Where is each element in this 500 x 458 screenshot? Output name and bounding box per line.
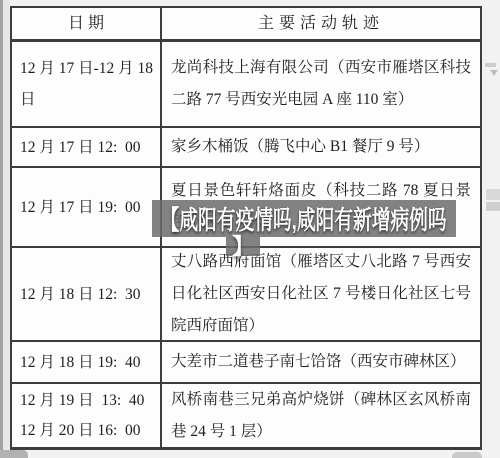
table-row: 12 月 19 日 13: 40 12 月 20 日 16: 00 风桥南巷三兄… [12,384,480,447]
table-row: 12 月 17 日 12: 00 家乡木桶饭（腾飞中心 B1 餐厅 9 号） [12,128,480,168]
header-activity: 主要活动轨迹 [162,8,480,39]
edge-mid-mark [486,202,500,211]
date-line: 12 月 18 日 19: 40 [20,347,160,378]
table-row: 12 月 18 日 19: 40 大差市二道巷子南七饸饹（西安市碑林区） [12,342,480,384]
date-line: 12 月 17 日-12 月 18 [20,53,160,84]
bottom-left-tab [0,450,28,458]
header-date: 日 期 [12,8,162,39]
date-line: 12 月 19 日 13: 40 [20,386,160,416]
date-line: 12 月 17 日 19: 00 [20,192,160,223]
activity-text: 龙尚科技上海有限公司（西安市雁塔区科技二路 77 号西安光电园 A 座 110 … [171,52,471,116]
page-background: 日 期 主要活动轨迹 12 月 17 日-12 月 18 日 龙尚科技上海有限公… [0,0,500,458]
date-cell: 12 月 18 日 12: 30 [12,248,162,340]
edge-mid-mark [486,189,500,200]
date-line: 12 月 20 日 16: 00 [20,416,160,446]
date-line: 12 月 17 日 12: 00 [20,132,160,163]
date-cell: 12 月 17 日 19: 00 [12,168,162,246]
watermark-closing-bracket: 】 [232,238,254,256]
date-cell: 12 月 17 日 12: 00 [12,128,162,166]
edge-dash-mark [485,63,496,67]
activity-text: 丈八路西府面馆（雁塔区丈八北路 7 号西安日化社区西安日化社区 7 号楼日化社区… [171,246,471,342]
date-cell: 12 月 17 日-12 月 18 日 [12,42,162,126]
date-line: 日 [20,84,160,115]
date-cell: 12 月 19 日 13: 40 12 月 20 日 16: 00 [12,384,162,447]
date-cell: 12 月 18 日 19: 40 [12,342,162,382]
table-row: 12 月 18 日 12: 30 丈八路西府面馆（雁塔区丈八北路 7 号西安日化… [12,248,480,342]
bottom-right-tab [452,452,482,458]
activity-cell: 风桥南巷三兄弟高炉烧饼（碑林区玄风桥南巷 24 号 1 层） [162,384,480,447]
table-row: 12 月 17 日-12 月 18 日 龙尚科技上海有限公司（西安市雁塔区科技二… [12,42,480,128]
activity-cell: 龙尚科技上海有限公司（西安市雁塔区科技二路 77 号西安光电园 A 座 110 … [162,42,480,126]
watermark-overlay-line1: 【咸阳有疫情吗,咸阳有新增病例吗 [152,200,456,237]
edge-arrow-mark [490,70,498,76]
watermark-overlay-line2: 】 [226,237,260,256]
date-line: 12 月 18 日 12: 30 [20,279,160,310]
activity-cell: 家乡木桶饭（腾飞中心 B1 餐厅 9 号） [162,128,480,166]
activity-text: 风桥南巷三兄弟高炉烧饼（碑林区玄风桥南巷 24 号 1 层） [171,384,471,448]
table-header-row: 日 期 主要活动轨迹 [12,8,480,42]
page-left-margin [3,0,10,458]
watermark-text: 【咸阳有疫情吗,咸阳有新增病例吗 [161,200,447,237]
activity-cell: 丈八路西府面馆（雁塔区丈八北路 7 号西安日化社区西安日化社区 7 号楼日化社区… [162,248,480,340]
activity-cell: 大差市二道巷子南七饸饹（西安市碑林区） [162,342,480,382]
activity-text: 大差市二道巷子南七饸饹（西安市碑林区） [171,346,471,378]
activity-text: 家乡木桶饭（腾飞中心 B1 餐厅 9 号） [171,131,471,163]
